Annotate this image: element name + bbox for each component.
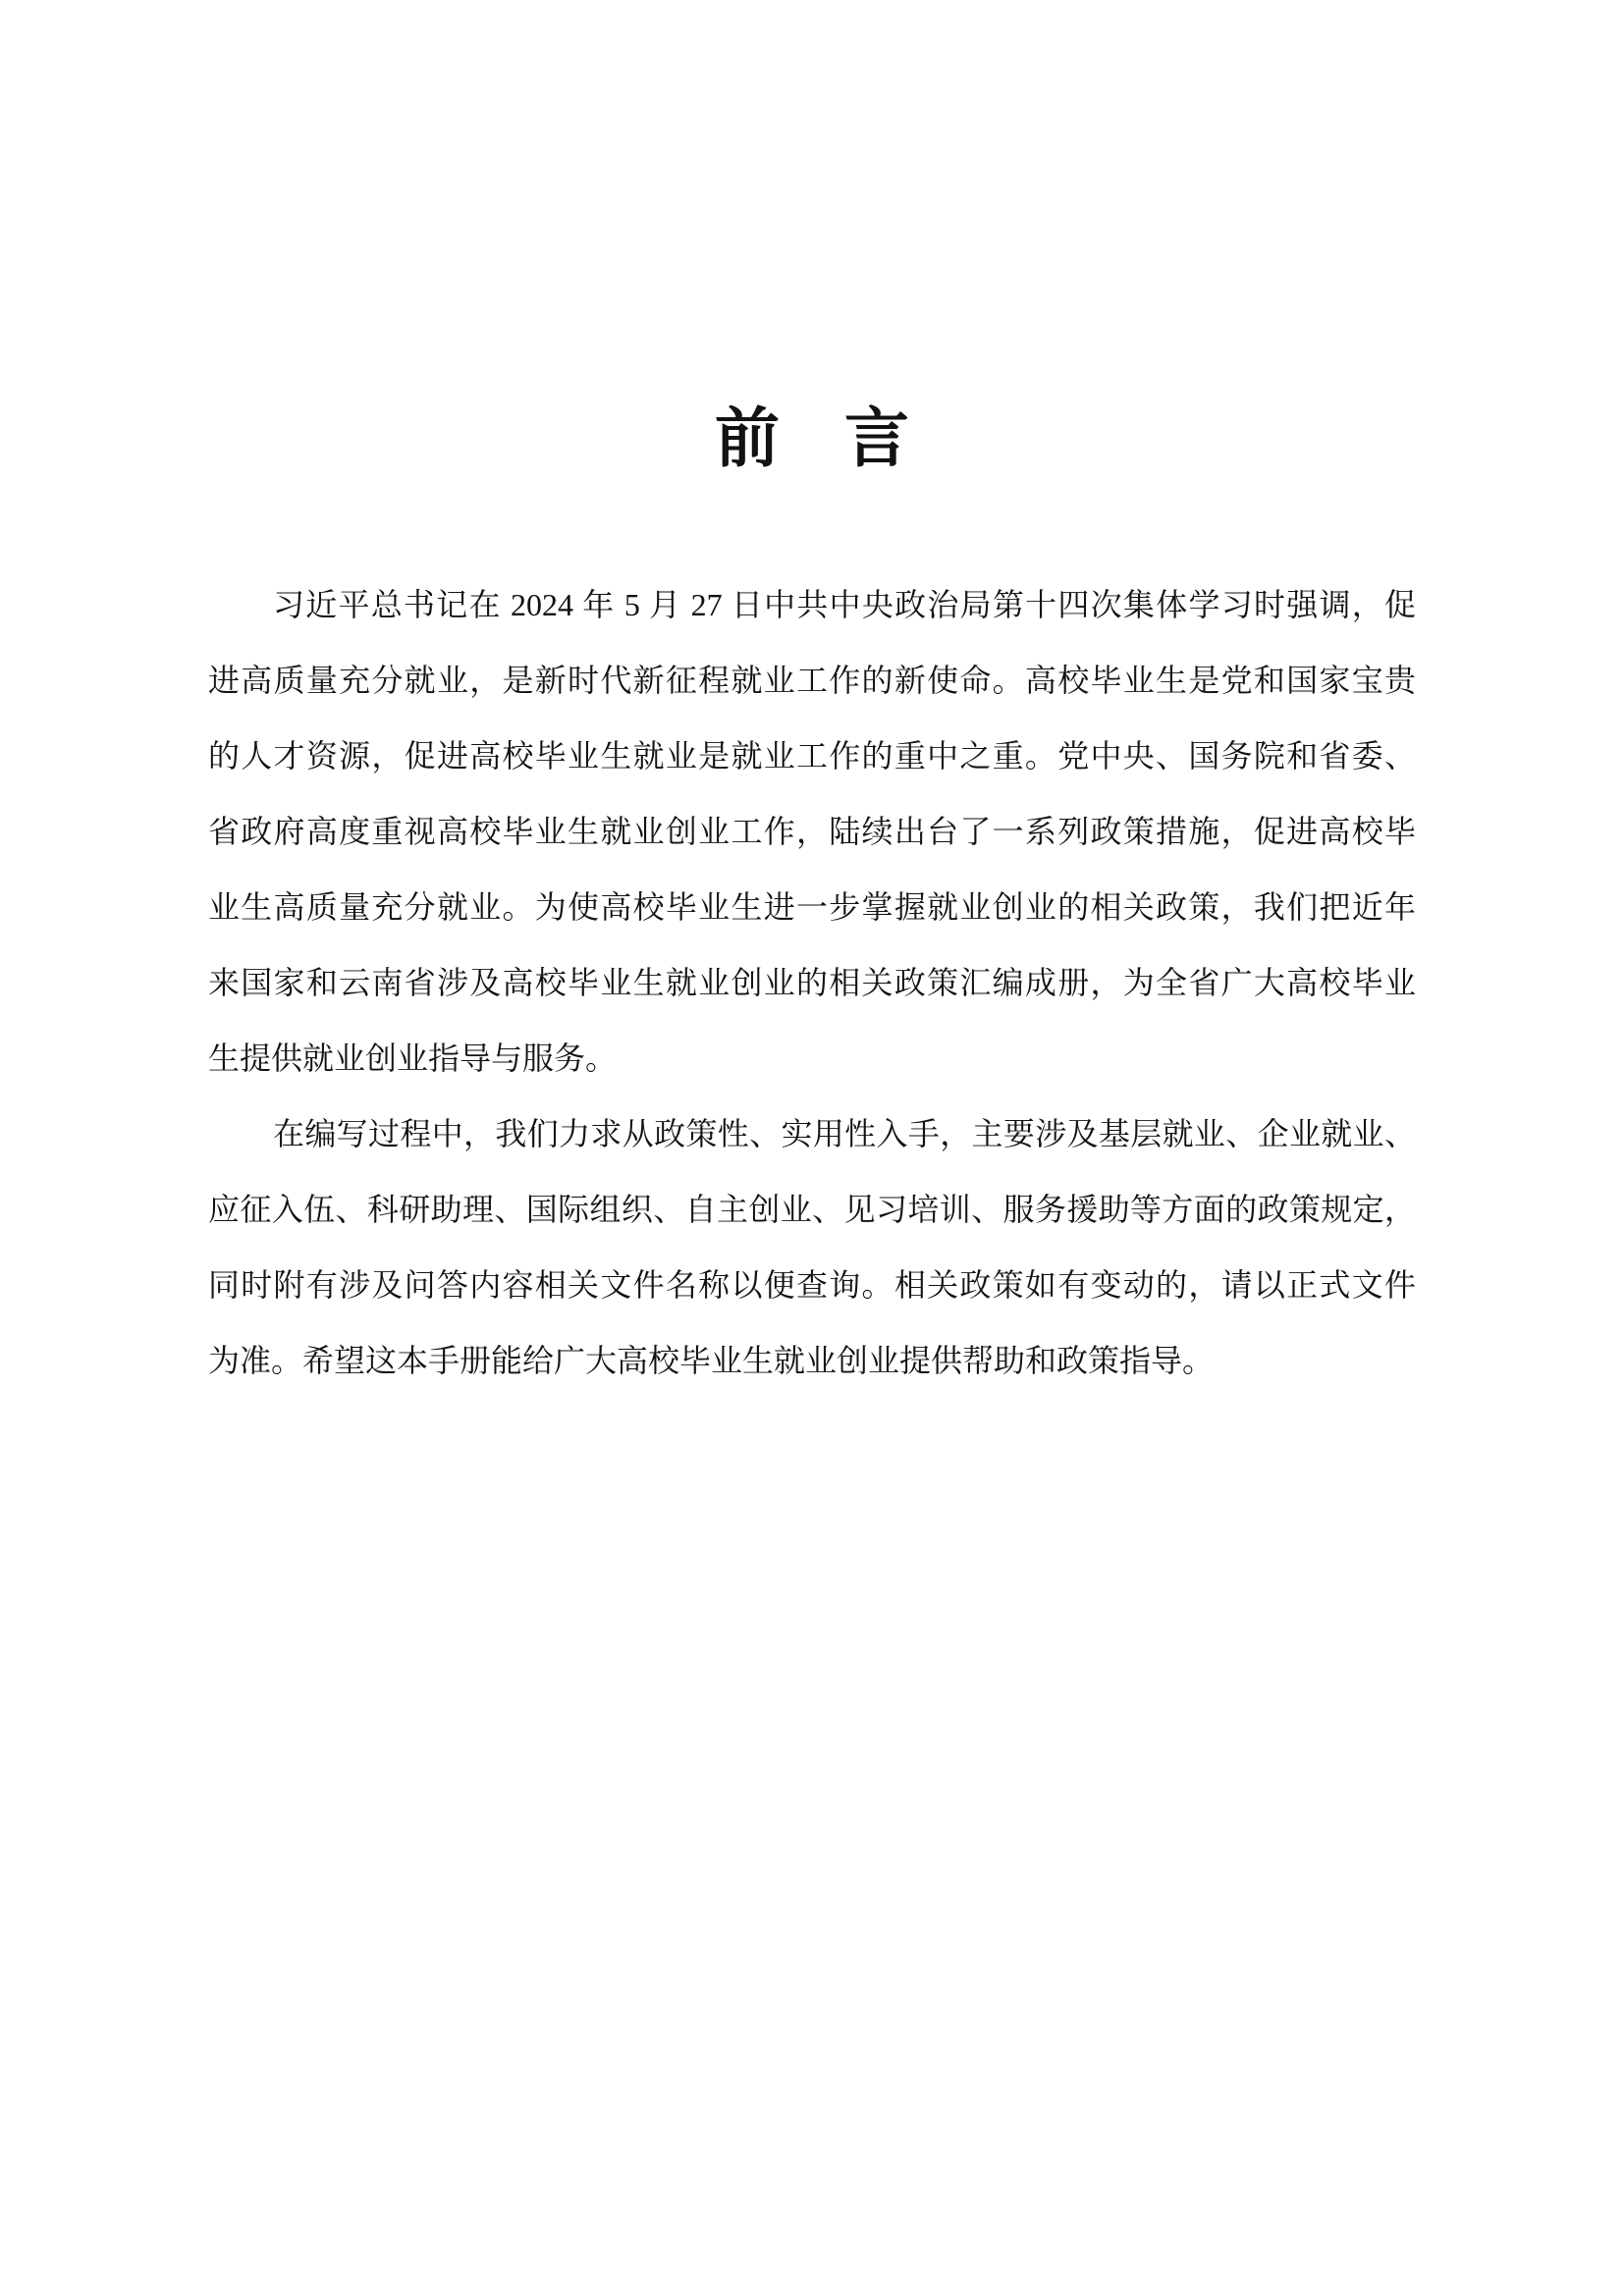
paragraph1-line-2: 进高质量充分就业，是新时代新征程就业工作的新使命。高校毕业生是党和国家宝贵 <box>208 643 1416 719</box>
paragraph2-line-3: 同时附有涉及问答内容相关文件名称以便查询。相关政策如有变动的，请以正式文件 <box>208 1248 1416 1323</box>
page-title: 前 言 <box>0 393 1624 487</box>
paragraph1-line-7: 生提供就业创业指导与服务。 <box>208 1021 1416 1096</box>
paragraph2-line-1: 在编写过程中，我们力求从政策性、实用性入手，主要涉及基层就业、企业就业、 <box>208 1096 1416 1172</box>
paragraph1-line-5: 业生高质量充分就业。为使高校毕业生进一步掌握就业创业的相关政策，我们把近年 <box>208 870 1416 945</box>
paragraph2-line-2: 应征入伍、科研助理、国际组织、自主创业、见习培训、服务援助等方面的政策规定， <box>208 1172 1416 1248</box>
body-text: 习近平总书记在 2024 年 5 月 27 日中共中央政治局第十四次集体学习时强… <box>208 567 1416 1399</box>
paragraph1-line-6: 来国家和云南省涉及高校毕业生就业创业的相关政策汇编成册，为全省广大高校毕业 <box>208 945 1416 1021</box>
document-page: 前 言 习近平总书记在 2024 年 5 月 27 日中共中央政治局第十四次集体… <box>0 0 1624 2296</box>
paragraph1-line-1: 习近平总书记在 2024 年 5 月 27 日中共中央政治局第十四次集体学习时强… <box>208 567 1416 643</box>
paragraph2-line-4: 为准。希望这本手册能给广大高校毕业生就业创业提供帮助和政策指导。 <box>208 1323 1416 1399</box>
paragraph1-line-3: 的人才资源，促进高校毕业生就业是就业工作的重中之重。党中央、国务院和省委、 <box>208 719 1416 794</box>
paragraph1-line-4: 省政府高度重视高校毕业生就业创业工作，陆续出台了一系列政策措施，促进高校毕 <box>208 794 1416 870</box>
